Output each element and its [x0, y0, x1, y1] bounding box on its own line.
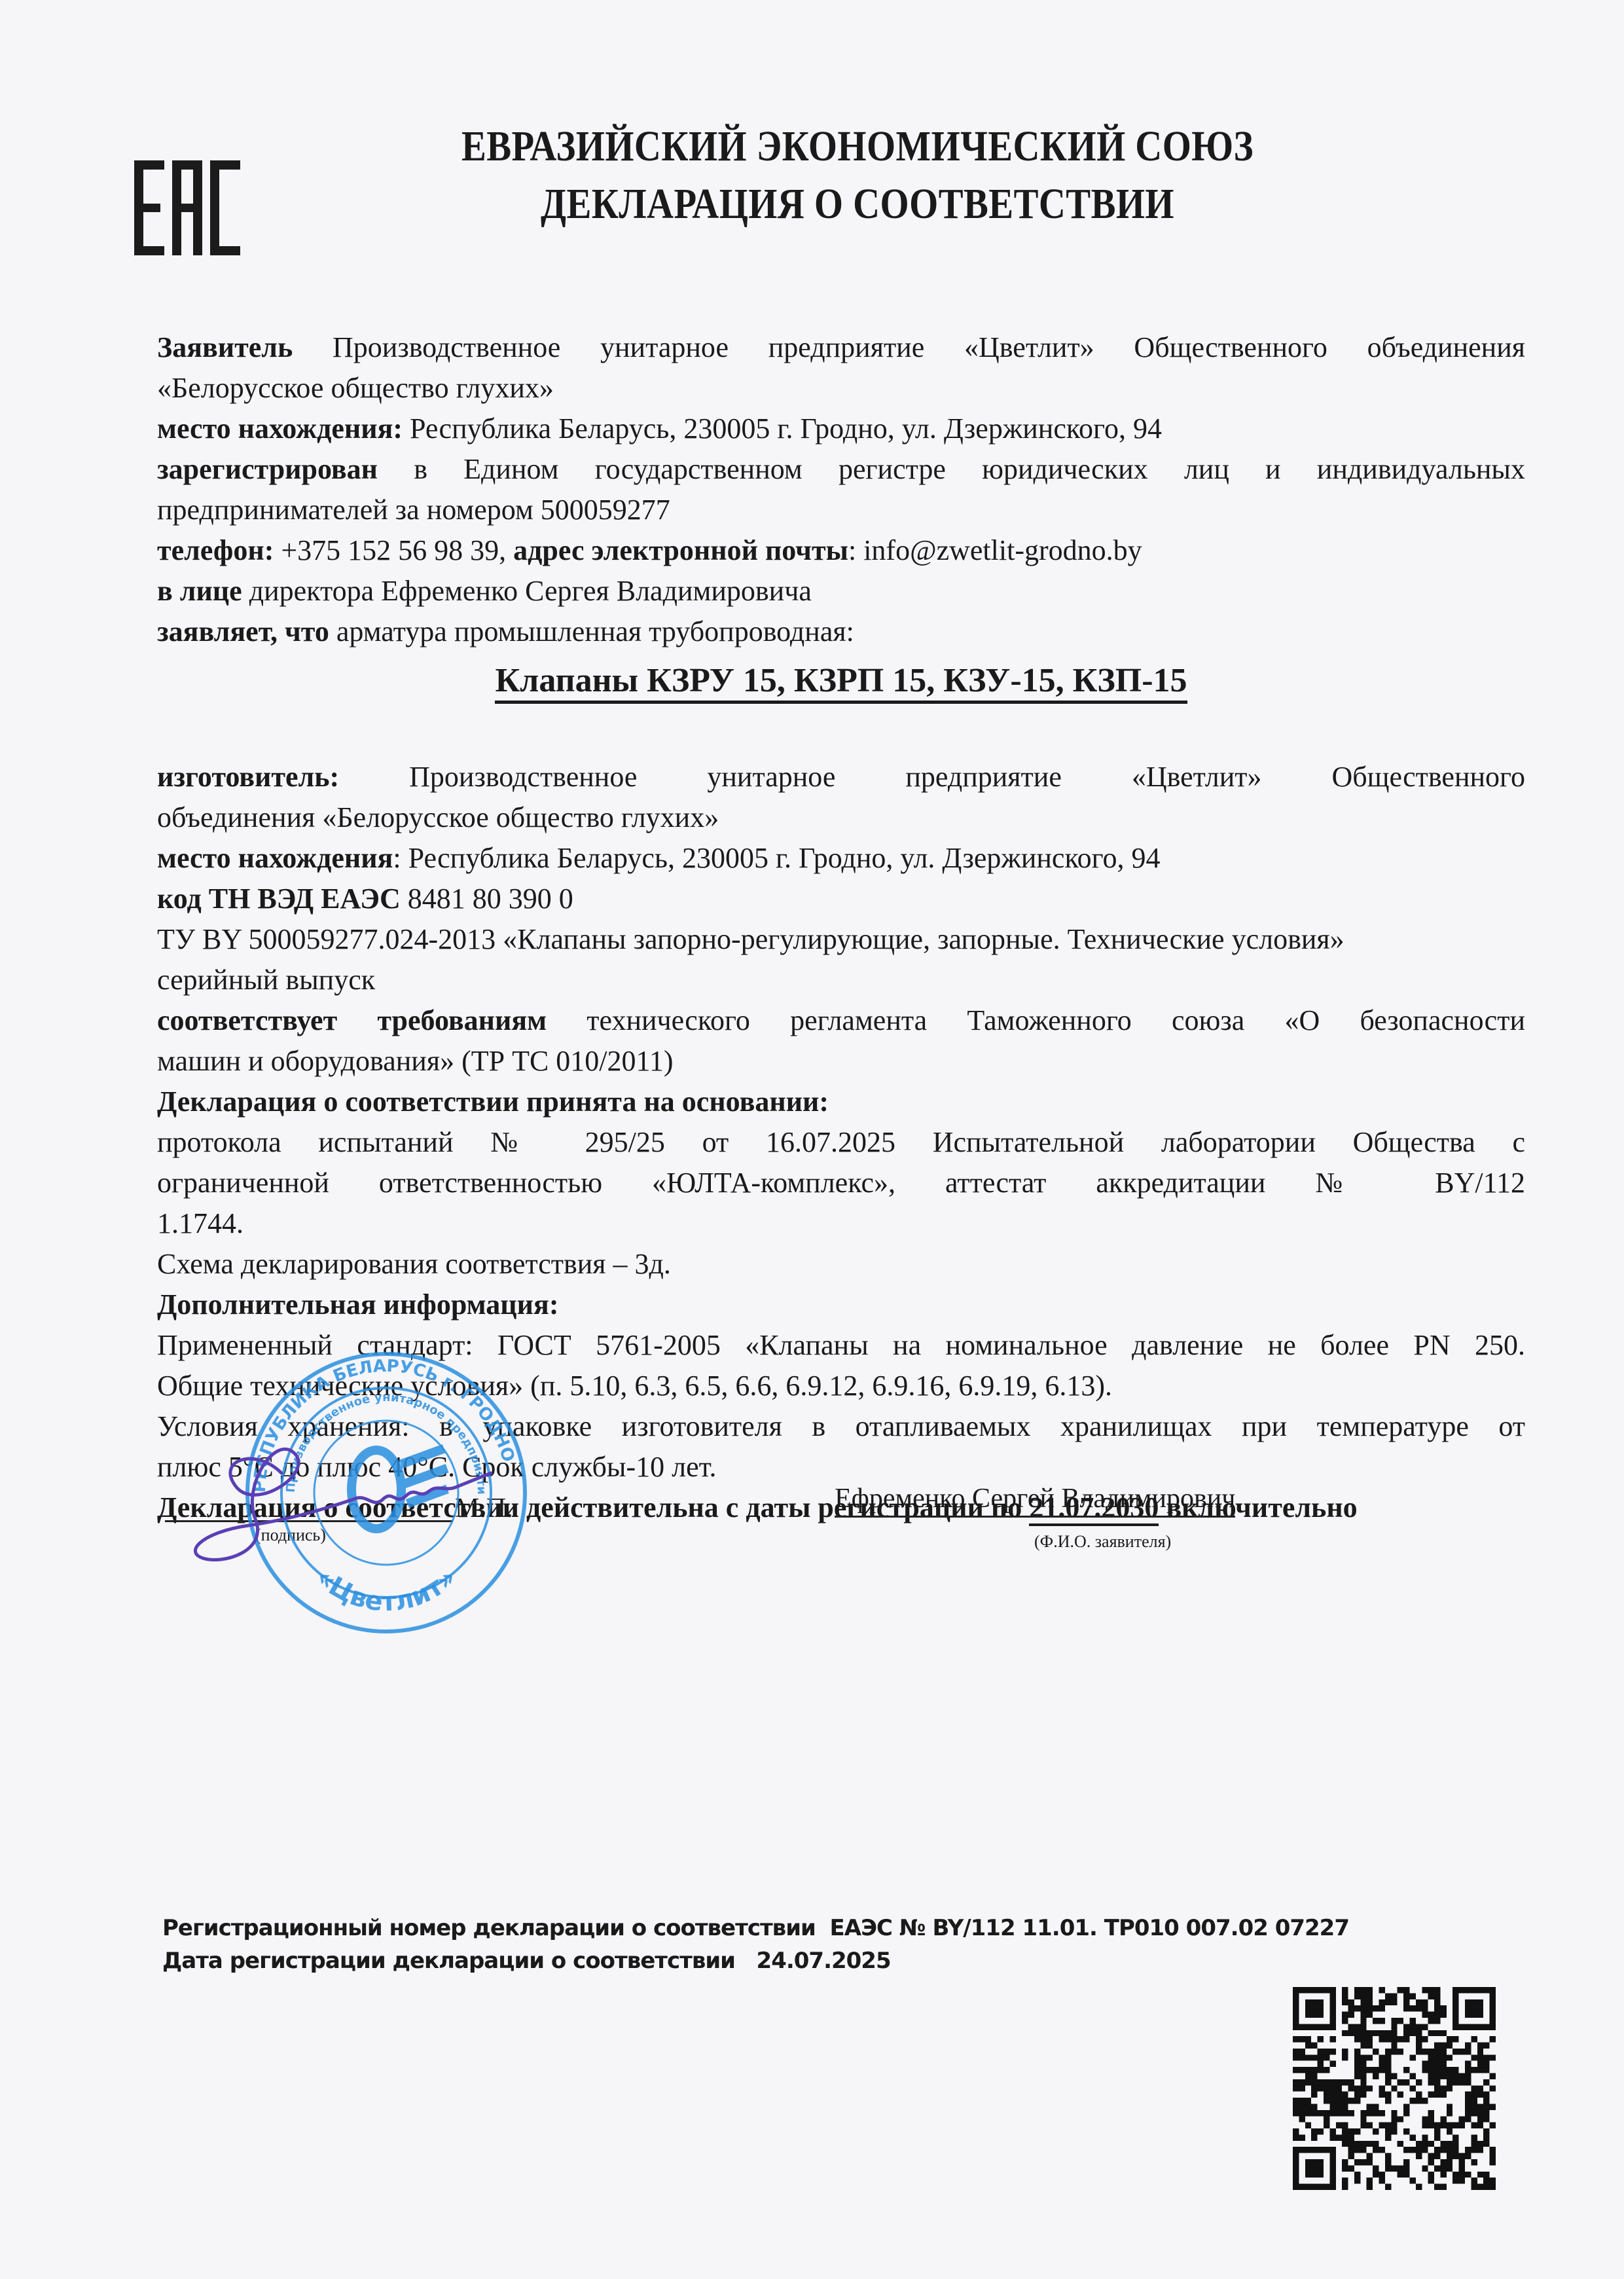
hs-code-line: код ТН ВЭД ЕАЭС 8481 80 390 0: [157, 879, 1525, 919]
applicant-registered: зарегистрирован в Едином государственном…: [157, 449, 1525, 490]
eac-letter-c: [210, 160, 242, 255]
serial-line: серийный выпуск: [157, 960, 1525, 1000]
applicant-full-name: Ефременко Сергей Владимирович: [835, 1483, 1235, 1518]
document-header: ЕВРАЗИЙСКИЙ ЭКОНОМИЧЕСКИЙ СОЮЗ ДЕКЛАРАЦИ…: [435, 118, 1280, 233]
registration-date-label: Дата регистрации декларации о соответств…: [162, 1948, 735, 1974]
hs-code-label: код ТН ВЭД ЕАЭС: [157, 883, 401, 915]
additional-heading: Дополнительная информация:: [157, 1285, 1525, 1325]
scheme-line: Схема декларирования соответствия – 3д.: [157, 1244, 1525, 1285]
registration-date: 24.07.2025: [757, 1948, 891, 1974]
applicant-contacts: телефон: +375 152 56 98 39, адрес электр…: [157, 530, 1525, 571]
manufacturer-location-label: место нахождения: [157, 842, 393, 874]
tu-line: ТУ BY 500059277.024-2013 «Клапаны запорн…: [157, 919, 1525, 960]
basis-line-1: протокола испытаний № 295/25 от 16.07.20…: [157, 1122, 1525, 1163]
applicant-name-caption: (Ф.И.О. заявителя): [1034, 1532, 1171, 1552]
product-title: Клапаны КЗРУ 15, КЗРП 15, КЗУ-15, КЗП-15: [157, 656, 1525, 706]
applicant-label: Заявитель: [157, 331, 293, 363]
applicant-location: место нахождения: Республика Беларусь, 2…: [157, 409, 1525, 449]
manufacturer-line: изготовитель: Производственное унитарное…: [157, 757, 1525, 797]
applicant-name-2: «Белорусское общество глухих»: [157, 368, 1525, 409]
phone-value: +375 152 56 98 39,: [281, 534, 506, 566]
registration-block: Регистрационный номер декларации о соотв…: [162, 1912, 1349, 1977]
manufacturer-name-1: Производственное унитарное предприятие «…: [409, 761, 1525, 793]
registered-text-1: в Едином государственном регистре юридич…: [414, 453, 1525, 485]
basis-heading-text: Декларация о соответствии принята на осн…: [157, 1085, 829, 1118]
compliance-text-2: машин и оборудования» (ТР ТС 010/2011): [157, 1041, 1525, 1082]
phone-label: телефон:: [157, 534, 274, 566]
manufacturer-location-value: Республика Беларусь, 230005 г. Гродно, у…: [408, 842, 1161, 874]
declares-label: заявляет, что: [157, 615, 329, 647]
represented-value: директора Ефременко Сергея Владимировича: [249, 575, 812, 607]
compliance-label: соответствует требованиям: [157, 1004, 547, 1036]
manufacturer-name-2: объединения «Белорусское общество глухих…: [157, 797, 1525, 838]
basis-line-3: 1.1744.: [157, 1203, 1525, 1244]
registration-number-line: Регистрационный номер декларации о соотв…: [162, 1912, 1349, 1944]
hs-code-value: 8481 80 390 0: [408, 883, 573, 915]
eac-letter-a: [172, 160, 204, 255]
basis-heading: Декларация о соответствии принята на осн…: [157, 1082, 1525, 1122]
eac-mark-icon: [134, 160, 245, 255]
header-subtitle: ДЕКЛАРАЦИЯ О СООТВЕТСТВИИ: [435, 175, 1280, 233]
eac-letter-e: [134, 160, 166, 255]
applicant-represented: в лице директора Ефременко Сергея Владим…: [157, 571, 1525, 611]
signature-icon: [164, 1434, 530, 1591]
qr-code-icon[interactable]: [1293, 1987, 1496, 2190]
product-title-text: Клапаны КЗРУ 15, КЗРП 15, КЗУ-15, КЗП-15: [495, 662, 1187, 704]
additional-heading-text: Дополнительная информация:: [157, 1288, 558, 1321]
registered-label: зарегистрирован: [157, 453, 378, 485]
declaration-body: Заявитель Производственное унитарное пре…: [157, 327, 1525, 1528]
email-label: адрес электронной почты: [513, 534, 848, 566]
email-value: info@zwetlit-grodno.by: [863, 534, 1142, 566]
applicant-line: Заявитель Производственное унитарное пре…: [157, 327, 1525, 368]
registration-number-label: Регистрационный номер декларации о соотв…: [162, 1915, 816, 1941]
registered-text-2: предпринимателей за номером 500059277: [157, 490, 1525, 530]
registration-number: ЕАЭС № BY/112 11.01. ТР010 007.02 07227: [830, 1915, 1349, 1941]
manufacturer-location: место нахождения: Республика Беларусь, 2…: [157, 838, 1525, 879]
manufacturer-label: изготовитель:: [157, 761, 339, 793]
declares-value: арматура промышленная трубопроводная:: [336, 615, 854, 647]
applicant-name-1: Производственное унитарное предприятие «…: [333, 331, 1525, 363]
applicant-declares: заявляет, что арматура промышленная труб…: [157, 611, 1525, 652]
compliance-line: соответствует требованиям технического р…: [157, 1000, 1525, 1041]
registration-date-line: Дата регистрации декларации о соответств…: [162, 1944, 1349, 1977]
header-title: ЕВРАЗИЙСКИЙ ЭКОНОМИЧЕСКИЙ СОЮЗ: [435, 118, 1280, 175]
applicant-location-label: место нахождения:: [157, 412, 403, 445]
basis-line-2: ограниченной ответственностью «ЮЛТА-комп…: [157, 1163, 1525, 1203]
compliance-text-1: технического регламента Таможенного союз…: [586, 1004, 1525, 1036]
represented-label: в лице: [157, 575, 242, 607]
applicant-location-value: Республика Беларусь, 230005 г. Гродно, у…: [410, 412, 1162, 445]
